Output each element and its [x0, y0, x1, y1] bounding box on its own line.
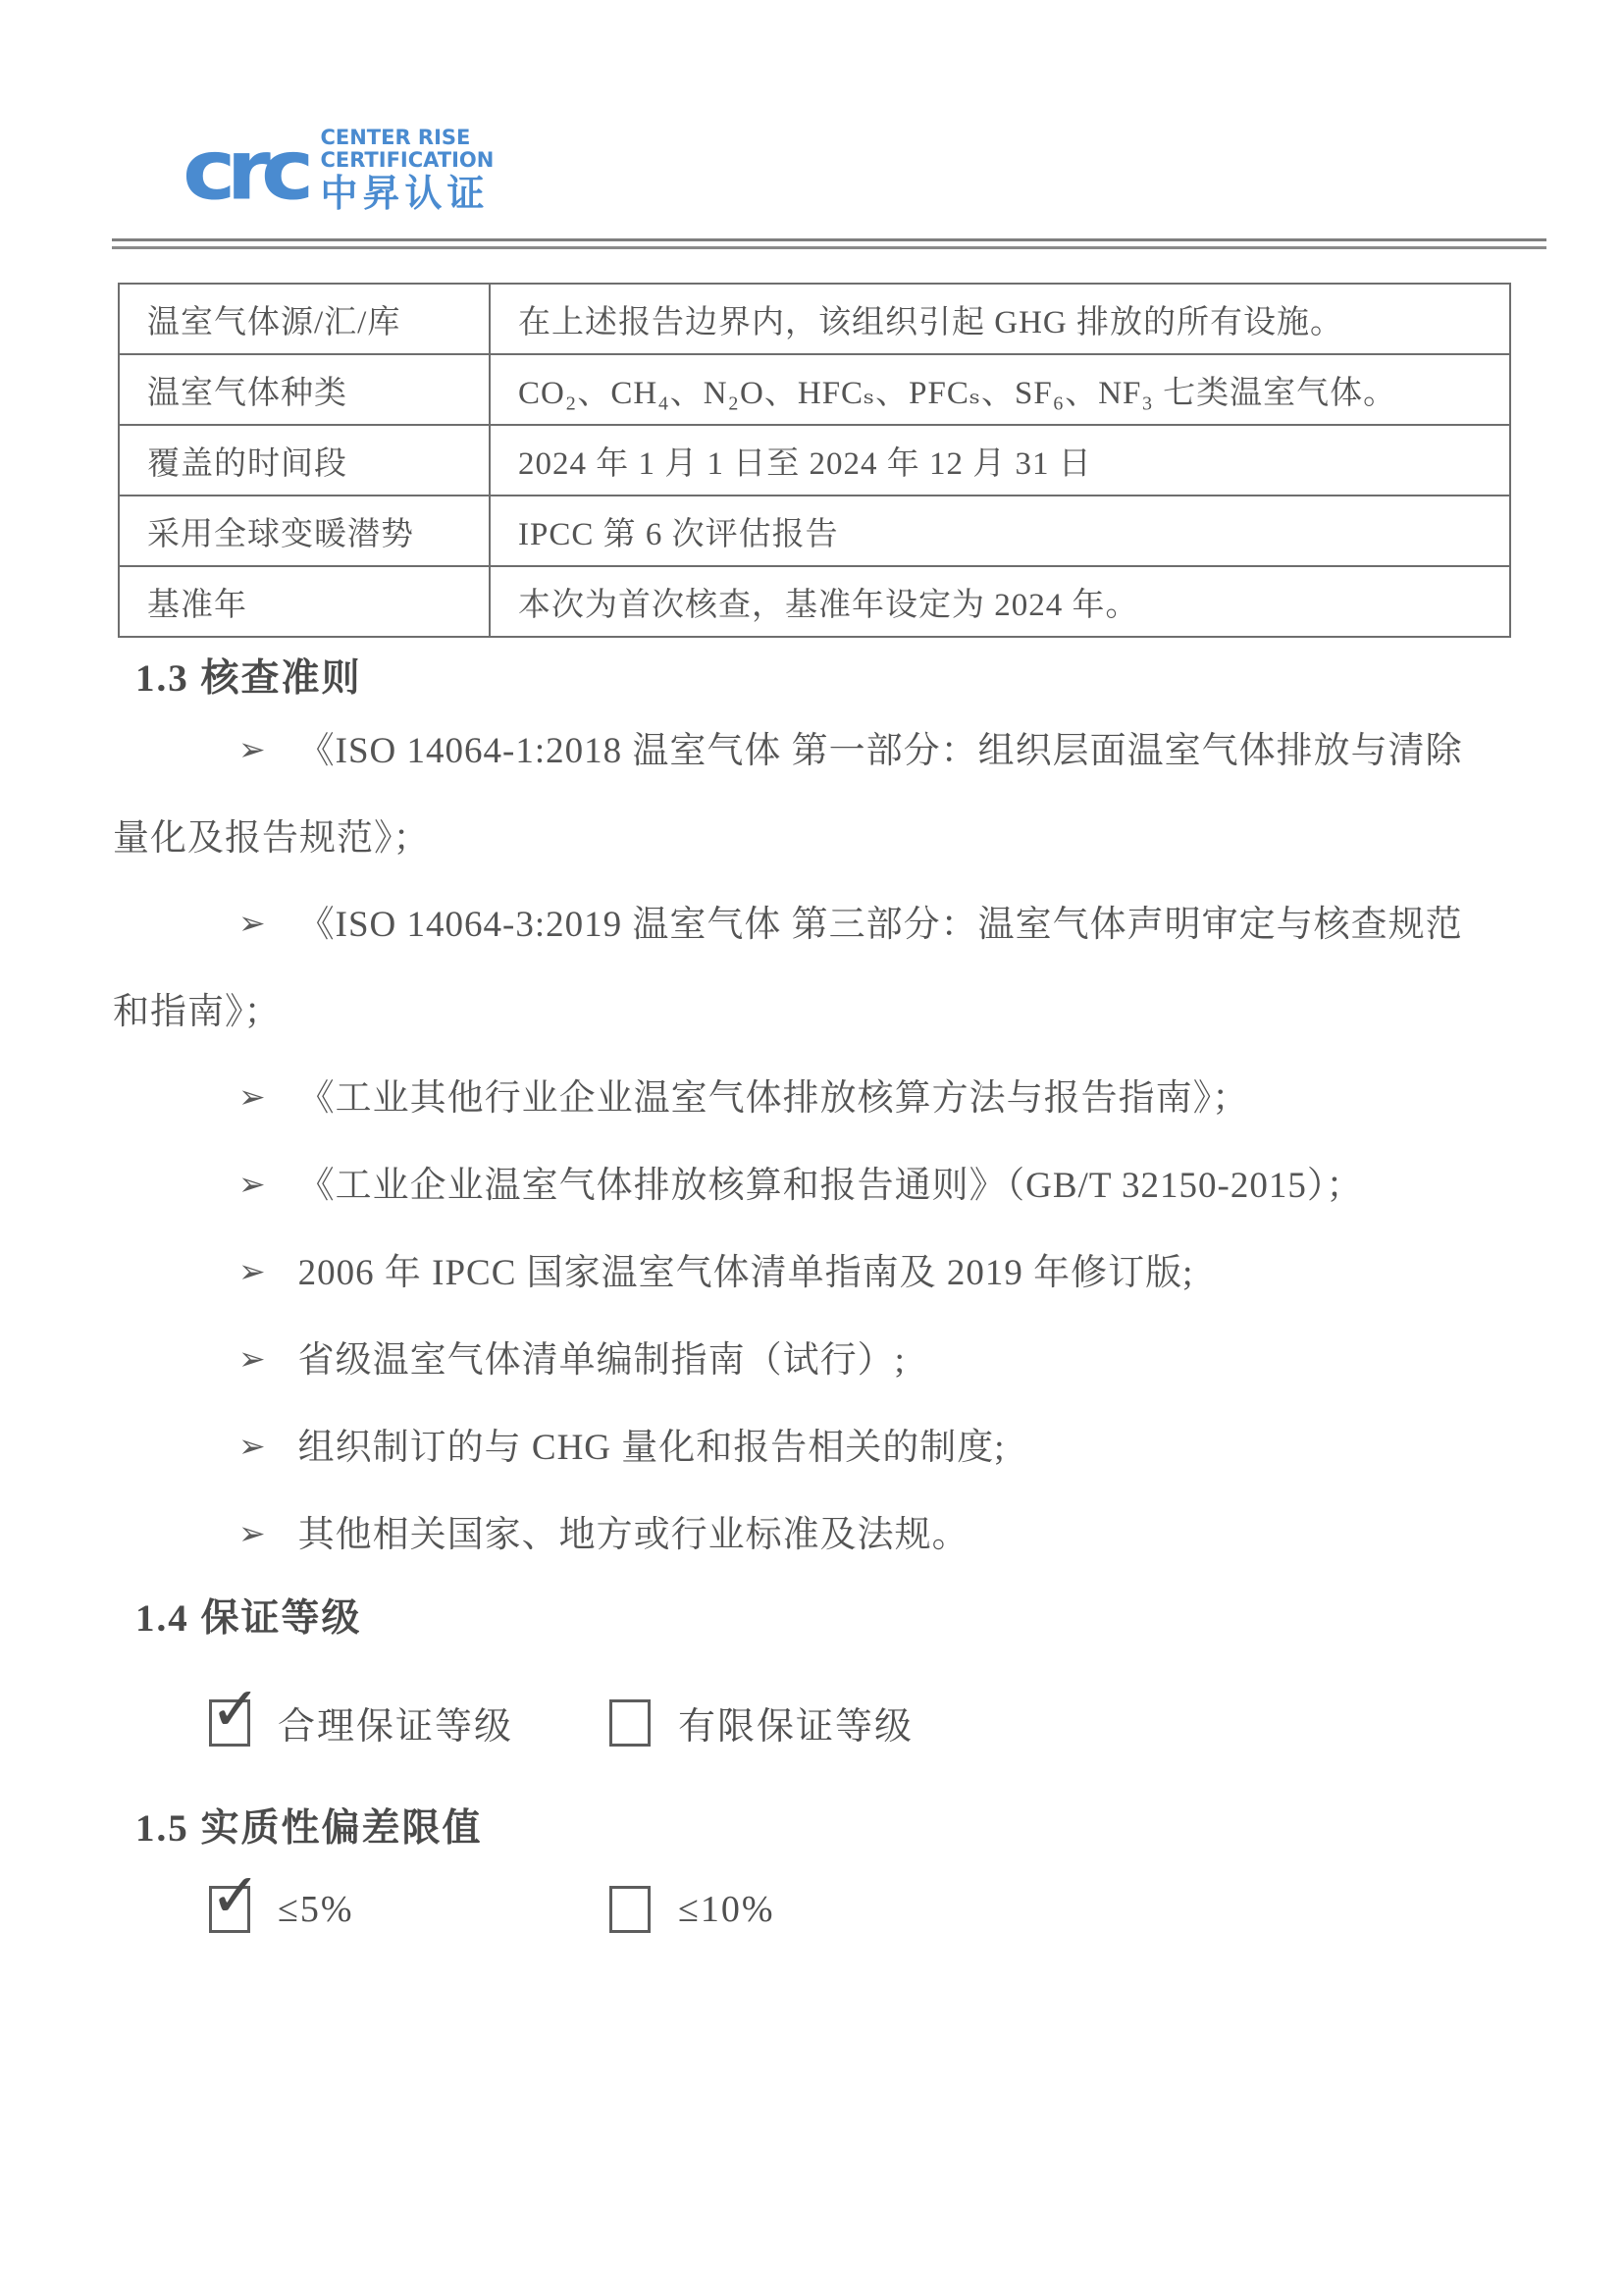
row-label: 温室气体源/汇/库	[119, 284, 490, 354]
assurance-option-reasonable: 合理保证等级	[278, 1696, 609, 1749]
table-row: 覆盖的时间段 2024 年 1 月 1 日至 2024 年 12 月 31 日	[119, 425, 1510, 496]
triangle-bullet-icon: ➢	[238, 1055, 267, 1141]
triangle-bullet-icon: ➢	[238, 707, 267, 794]
document-page: crc CENTER RISE CERTIFICATION 中昇认证 温室气体源…	[0, 0, 1623, 2296]
logo: crc CENTER RISE CERTIFICATION 中昇认证	[183, 126, 494, 216]
list-item: ➢组织制订的与 CHG 量化和报告相关的制度;	[113, 1405, 1489, 1492]
row-value: IPCC 第 6 次评估报告	[490, 496, 1510, 566]
row-label: 采用全球变暖潜势	[119, 496, 490, 566]
ghg-info-table: 温室气体源/汇/库 在上述报告边界内，该组织引起 GHG 排放的所有设施。 温室…	[118, 283, 1511, 638]
logo-line1: CENTER RISE	[320, 127, 494, 149]
row-value: 本次为首次核查，基准年设定为 2024 年。	[490, 566, 1510, 637]
list-item: ➢2006 年 IPCC 国家温室气体清单指南及 2019 年修订版;	[113, 1230, 1489, 1318]
checkbox-unchecked-icon[interactable]	[609, 1699, 651, 1747]
triangle-bullet-icon: ➢	[238, 1404, 267, 1490]
table-row: 温室气体种类 CO₂、CH₄、N₂O、HFCₛ、PFCₛ、SF₆、NF₃ 七类温…	[119, 354, 1510, 425]
section-heading-1-4: 1.4 保证等级	[135, 1588, 362, 1643]
table-row: 温室气体源/汇/库 在上述报告边界内，该组织引起 GHG 排放的所有设施。	[119, 284, 1510, 354]
section-heading-1-5: 1.5 实质性偏差限值	[135, 1798, 483, 1852]
triangle-bullet-icon: ➢	[238, 1317, 267, 1403]
check-mark-icon: ✓	[210, 1865, 263, 1926]
triangle-bullet-icon: ➢	[238, 1491, 267, 1578]
header-divider	[112, 238, 1546, 249]
checkbox-checked-icon[interactable]: ✓	[209, 1886, 250, 1933]
list-item: ➢《工业企业温室气体排放核算和报告通则》（GB/T 32150-2015）；	[113, 1143, 1489, 1230]
triangle-bullet-icon: ➢	[238, 881, 267, 967]
row-label: 覆盖的时间段	[119, 425, 490, 496]
verification-criteria-list: ➢《ISO 14064-1:2018 温室气体 第一部分：组织层面温室气体排放与…	[113, 708, 1489, 1580]
row-label: 基准年	[119, 566, 490, 637]
row-label: 温室气体种类	[119, 354, 490, 425]
triangle-bullet-icon: ➢	[238, 1229, 267, 1316]
list-item: ➢其他相关国家、地方或行业标准及法规。	[113, 1492, 1489, 1580]
row-value: 2024 年 1 月 1 日至 2024 年 12 月 31 日	[490, 425, 1510, 496]
list-item: ➢《工业其他行业企业温室气体排放核算方法与报告指南》；	[113, 1056, 1489, 1143]
row-value: 在上述报告边界内，该组织引起 GHG 排放的所有设施。	[490, 284, 1510, 354]
list-item: ➢《ISO 14064-3:2019 温室气体 第三部分：温室气体声明审定与核查…	[113, 882, 1489, 1056]
crc-logo-icon: crc	[183, 130, 304, 213]
list-item: ➢《ISO 14064-1:2018 温室气体 第一部分：组织层面温室气体排放与…	[113, 708, 1489, 882]
table-row: 基准年 本次为首次核查，基准年设定为 2024 年。	[119, 566, 1510, 637]
section-heading-1-3: 1.3 核查准则	[135, 648, 362, 703]
materiality-option-5pct: ≤5%	[278, 1888, 609, 1931]
assurance-option-limited: 有限保证等级	[678, 1696, 914, 1749]
checkbox-unchecked-icon[interactable]	[609, 1886, 651, 1933]
check-mark-icon: ✓	[210, 1679, 263, 1740]
checkbox-checked-icon[interactable]: ✓	[209, 1699, 250, 1747]
row-value: CO₂、CH₄、N₂O、HFCₛ、PFCₛ、SF₆、NF₃ 七类温室气体。	[490, 354, 1510, 425]
list-item: ➢省级温室气体清单编制指南（试行）;	[113, 1318, 1489, 1405]
materiality-threshold-options: ✓ ≤5% ≤10%	[209, 1886, 775, 1933]
table-row: 采用全球变暖潜势 IPCC 第 6 次评估报告	[119, 496, 1510, 566]
materiality-option-10pct: ≤10%	[678, 1888, 775, 1931]
triangle-bullet-icon: ➢	[238, 1142, 267, 1228]
logo-chinese-name: 中昇认证	[320, 172, 494, 215]
logo-text: CENTER RISE CERTIFICATION 中昇认证	[320, 127, 494, 215]
assurance-level-options: ✓ 合理保证等级 有限保证等级	[209, 1696, 914, 1749]
logo-line2: CERTIFICATION	[320, 149, 494, 172]
